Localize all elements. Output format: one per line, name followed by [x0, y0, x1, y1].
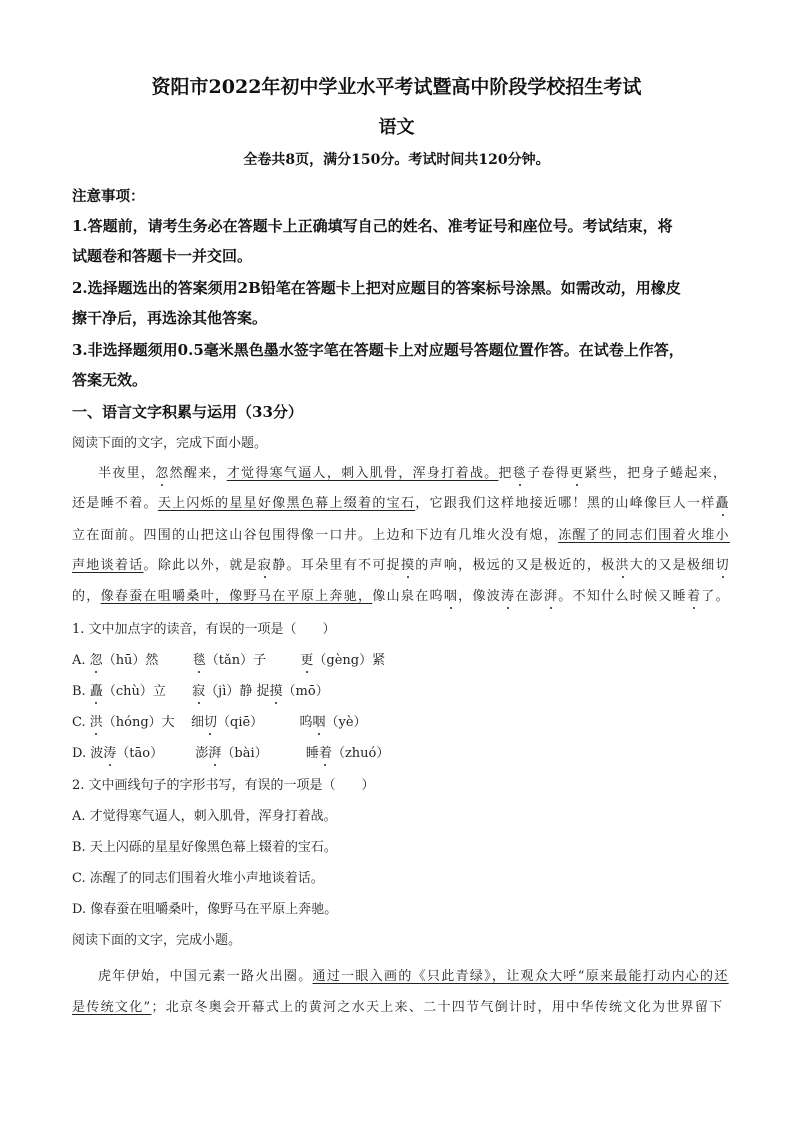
text: ，它跟我们这样地接近哪！黑的山峰像巨人一样: [415, 496, 715, 511]
reading: （hóng）大: [103, 715, 175, 730]
underlined-sentence: 冻醒了的同志们围着火堆小: [558, 528, 730, 543]
reading: （tāo）: [116, 746, 163, 761]
reading: （tǎn）子: [206, 653, 266, 668]
passage-line-4: 声地谈着话。除此以外，就是寂静。耳朵里有不可捉摸的声响，极远的又是极近的，极洪大…: [72, 554, 724, 573]
option-label: B.: [72, 684, 86, 699]
dotted-char: 洪: [90, 715, 103, 730]
text: 睡: [306, 746, 319, 761]
reading: （chù）立: [103, 684, 166, 699]
text: 呜: [299, 715, 312, 730]
text: 的声响，极远的又是极近的，极: [415, 558, 615, 573]
notice-item-3-line2: 答案无效。: [72, 369, 724, 390]
underlined-sentence: 声地谈着话: [72, 558, 144, 573]
exam-title: 资阳市2022年初中学业水平考试暨高中阶段学校招生考试: [0, 72, 793, 99]
passage2-line-2: 是传统文化”；北京冬奥会开幕式上的黄河之水天上来、二十四节气倒计时，用中华传统文…: [72, 996, 724, 1015]
dotted-char: 湃: [208, 746, 221, 761]
text: 在澎: [515, 589, 544, 604]
reading-instruction: 阅读下面的文字，完成下面小题。: [72, 432, 724, 451]
text: 子卷得: [527, 466, 570, 481]
dotted-char: 更: [570, 466, 584, 481]
dotted-char: 切: [716, 558, 730, 573]
reading: （bài）: [221, 746, 267, 761]
text: 细: [191, 715, 204, 730]
notice-item-2-line1: 2.选择题选出的答案须用2B铅笔在答题卡上把对应题目的答案标号涂黑。如需改动，用…: [72, 277, 724, 298]
reading-instruction-2: 阅读下面的文字，完成小题。: [72, 929, 724, 948]
question-1-option-a: A. 忽（hū）然 毯（tǎn）子 更（gèng）紧: [72, 649, 724, 668]
underlined-sentence: 通过一眼入画的《只此青绿》，让观众大呼“原来最能打动内心的还: [313, 969, 729, 984]
underlined-sentence: 天上闪烁的星星好像黑色幕上缀着的宝石: [158, 496, 415, 511]
text: 然醒来，: [170, 466, 227, 481]
dotted-char: 忽: [90, 653, 103, 668]
dotted-char: 着: [687, 589, 701, 604]
reading: （jì）静: [205, 684, 252, 699]
passage-line-3: 立在面前。四围的山把这山谷包围得像一口井。上边和下边有几堆火没有熄，冻醒了的同志…: [72, 524, 724, 543]
text: 虎年伊始，中国元素一路火出圈。: [98, 969, 313, 984]
text: 波: [90, 746, 103, 761]
question-1-option-b: B. 矗（chù）立 寂（jì）静 捉摸（mō）: [72, 680, 724, 699]
text: 像山泉在呜: [372, 589, 444, 604]
dotted-char: 毯: [193, 653, 206, 668]
question-2-stem: 2. 文中画线句子的字形书写，有误的一项是（ ）: [72, 774, 724, 793]
reading: （qiē）: [217, 715, 263, 730]
subject-title: 语文: [0, 113, 793, 139]
dotted-char: 咽: [312, 715, 325, 730]
dotted-char: 摸: [401, 558, 415, 573]
dotted-char: 寂: [258, 558, 272, 573]
dotted-char: 湃: [544, 589, 558, 604]
option-label: D.: [72, 746, 86, 761]
text: 的，: [72, 589, 101, 604]
text: 。除此以外，就是: [144, 558, 258, 573]
option-label: A.: [72, 653, 86, 668]
underlined-sentence: 是传统文化”: [72, 1000, 151, 1015]
exam-info: 全卷共8页，满分150分。考试时间共120分钟。: [0, 149, 793, 169]
dotted-char: 着: [319, 746, 332, 761]
section-heading: 一、语言文字积累与运用（33分）: [72, 401, 724, 422]
notice-item-1-line2: 试题卷和答题卡一并交回。: [72, 245, 724, 266]
text: 了。: [701, 589, 730, 604]
dotted-char: 涛: [501, 589, 515, 604]
dotted-char: 咽: [444, 589, 458, 604]
question-1-stem: 1. 文中加点字的读音，有误的一项是（ ）: [72, 618, 724, 637]
question-2-option-b: B. 天上闪砾的星星好像黑色幕上辍着的宝石。: [72, 836, 724, 855]
passage-line-1: 半夜里，忽然醒来，才觉得寒气逼人，刺入肌骨，浑身打着战。把毯子卷得更紧些，把身子…: [72, 462, 750, 481]
underlined-sentence: 才觉得寒气逼人，刺入肌骨，浑身打着战。: [227, 466, 499, 481]
dotted-char: 忽: [155, 466, 169, 481]
passage2-line-1: 虎年伊始，中国元素一路火出圈。通过一眼入画的《只此青绿》，让观众大呼“原来最能打…: [72, 965, 750, 984]
text: ，像波: [458, 589, 501, 604]
reading: （hū）然: [103, 653, 159, 668]
notice-item-3-line1: 3.非选择题须用0.5毫米黑色墨水签字笔在答题卡上对应题号答题位置作答。在试卷上…: [72, 339, 724, 360]
notice-item-1-line1: 1.答题前，请考生务必在答题卡上正确填写自己的姓名、准考证号和座位号。考试结束，…: [72, 215, 724, 236]
dotted-char: 更: [300, 653, 313, 668]
text: 立在面前。四围的山把这山谷包围得像一口井。上边和下边有几堆火没有熄，: [72, 528, 558, 543]
dotted-char: 洪: [615, 558, 629, 573]
question-2-option-d: D. 像春蚕在咀嚼桑叶，像野马在平原上奔驰。: [72, 898, 724, 917]
dotted-char: 矗: [90, 684, 103, 699]
text: 大的又是极细: [630, 558, 716, 573]
reading: （zhuó）: [332, 746, 389, 761]
notice-heading: 注意事项：: [72, 185, 724, 206]
text: 把: [498, 466, 512, 481]
dotted-char: 矗: [716, 496, 730, 511]
dotted-char: 寂: [192, 684, 205, 699]
reading: （mō）: [283, 684, 329, 699]
text: 。不知什么时候又睡: [558, 589, 687, 604]
dotted-char: 涛: [103, 746, 116, 761]
notice-item-2-line2: 擦干净后，再选涂其他答案。: [72, 307, 724, 328]
text: ；北京冬奥会开幕式上的黄河之水天上来、二十四节气倒计时，用中华传统文化为世界留下: [151, 1000, 723, 1015]
text: 还是睡不着。: [72, 496, 158, 511]
question-2-option-a: A. 才觉得寒气逼人，刺入肌骨，浑身打着战。: [72, 805, 724, 824]
text: 紧些，把身子蜷起来，: [584, 466, 727, 481]
passage-line-2: 还是睡不着。天上闪烁的星星好像黑色幕上缀着的宝石，它跟我们这样地接近哪！黑的山峰…: [72, 492, 724, 511]
dotted-char: 切: [204, 715, 217, 730]
underlined-sentence: 像春蚕在咀嚼桑叶，像野马在平原上奔驰，: [101, 589, 373, 604]
dotted-char: 毯: [513, 466, 527, 481]
question-1-option-c: C. 洪（hóng）大 细切（qiē） 呜咽（yè）: [72, 711, 724, 730]
text: 半夜里，: [98, 466, 155, 481]
question-1-option-d: D. 波涛（tāo） 澎湃（bài） 睡着（zhuó）: [72, 742, 724, 761]
reading: （gèng）紧: [313, 653, 385, 668]
text: 静。耳朵里有不可捉: [272, 558, 401, 573]
question-2-option-c: C. 冻醒了的同志们围着火堆小声地谈着话。: [72, 867, 724, 886]
text: 捉: [257, 684, 270, 699]
passage-line-5: 的，像春蚕在咀嚼桑叶，像野马在平原上奔驰，像山泉在呜咽，像波涛在澎湃。不知什么时…: [72, 585, 724, 604]
option-label: C.: [72, 715, 86, 730]
text: 澎: [195, 746, 208, 761]
reading: （yè）: [326, 715, 367, 730]
exam-page: 资阳市2022年初中学业水平考试暨高中阶段学校招生考试 语文 全卷共8页，满分1…: [0, 0, 793, 1122]
dotted-char: 摸: [270, 684, 283, 699]
